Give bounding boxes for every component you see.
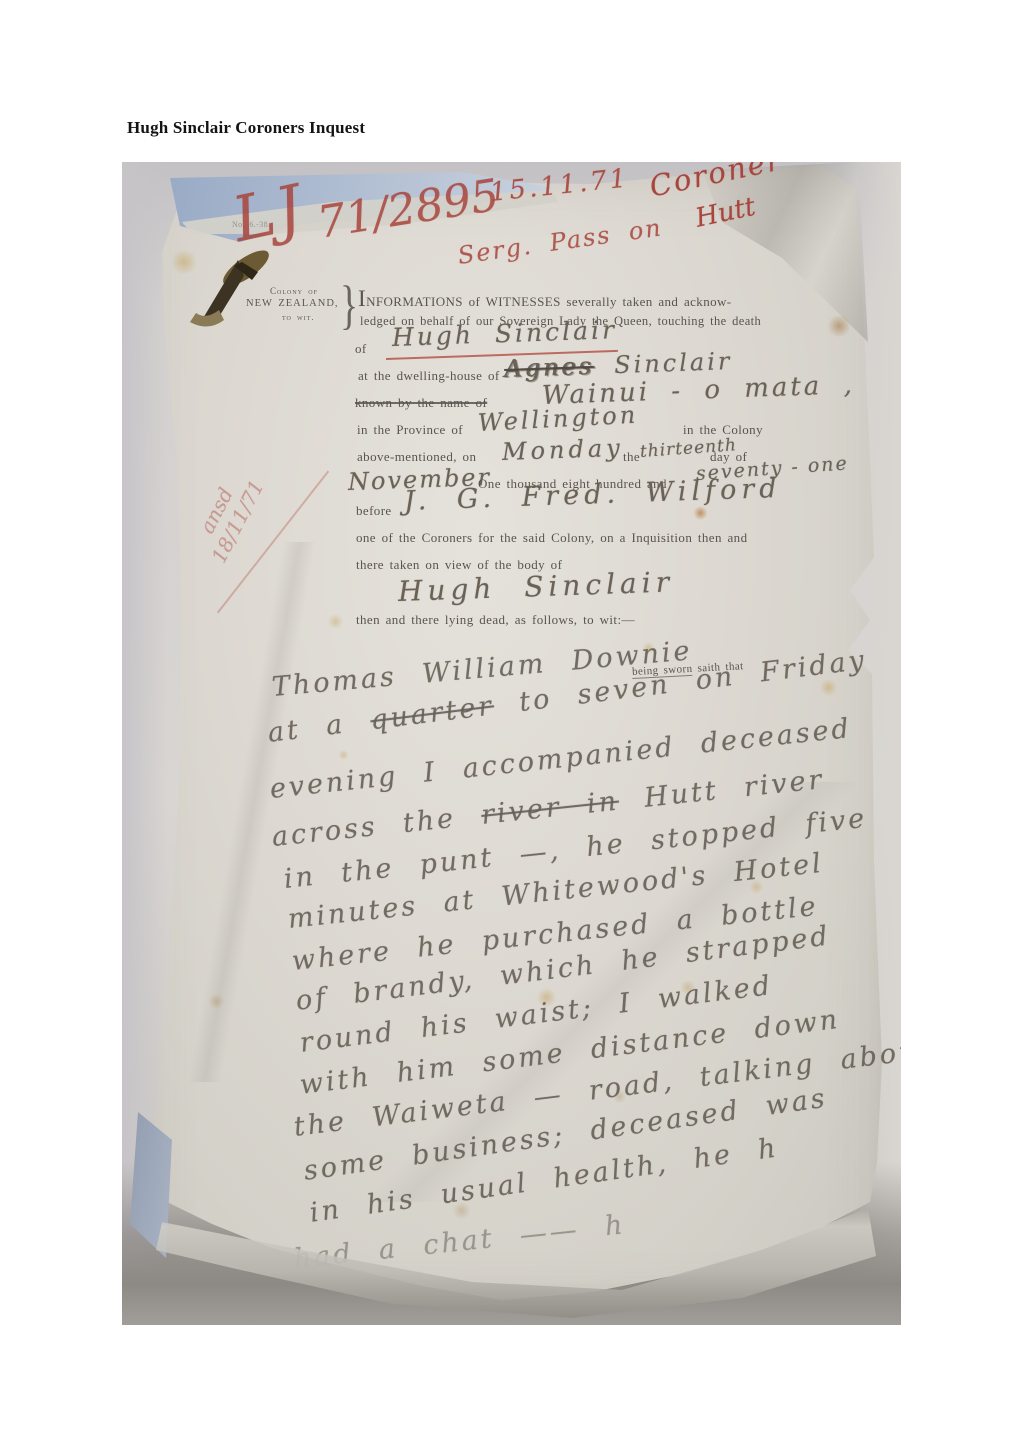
colony-line2: NEW ZEALAND, (246, 298, 339, 309)
known-by-label: known by the name of (355, 395, 487, 411)
dwelling-label: at the dwelling-house of (358, 368, 500, 384)
weekday-value: Monday (502, 434, 625, 466)
before-label: before (356, 503, 392, 519)
dwelling-value-first: Agnes (504, 352, 595, 383)
page-title: Hugh Sinclair Coroners Inquest (127, 118, 365, 138)
colony-line1: Colony of (270, 286, 318, 296)
the-label: the (623, 449, 640, 465)
above-mentioned-label: above-mentioned, on (357, 449, 476, 465)
informations-line1-rest: NFORMATIONS of WITNESSES severally taken… (366, 294, 731, 309)
colony-line3: to wit. (282, 312, 314, 322)
lying-line: then and there lying dead, as follows, t… (356, 612, 635, 628)
province-label: in the Province of (357, 422, 463, 438)
of-label: of (355, 341, 367, 357)
red-monogram: LJ (226, 170, 310, 256)
informations-line1: INFORMATIONS of WITNESSES severally take… (358, 286, 732, 312)
informations-initial: I (358, 286, 366, 311)
form-number: No. 6.-38. (232, 220, 270, 229)
brace: } (340, 274, 358, 336)
document-photograph: LJ 71/2895 15.11.71 Coroner Hutt Serg. P… (122, 162, 901, 1325)
page: Hugh Sinclair Coroners Inquest (0, 0, 1024, 1449)
coroners-line: one of the Coroners for the said Colony,… (356, 530, 747, 546)
